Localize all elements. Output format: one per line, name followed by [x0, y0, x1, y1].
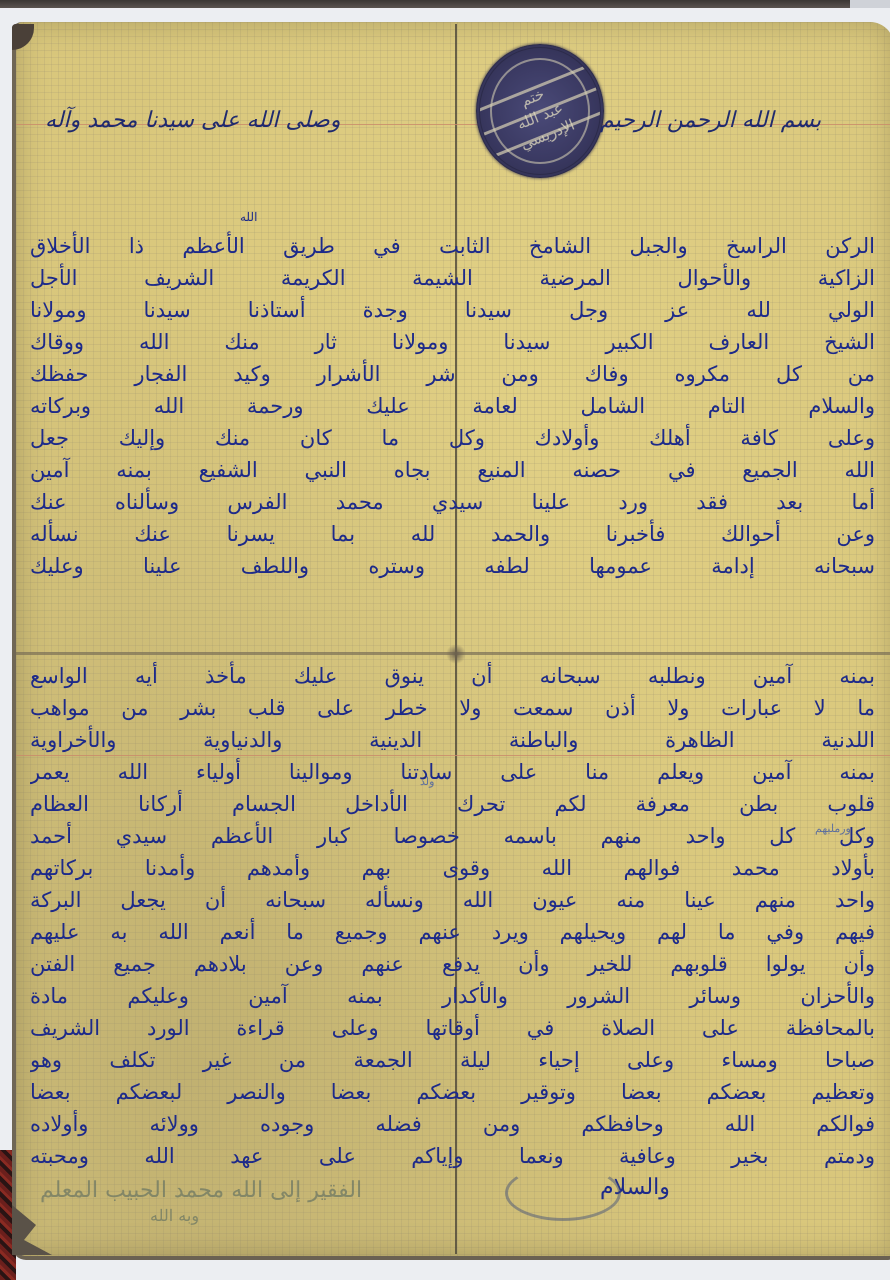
body-line: وتعظيم بعضكم بعضا وتوقير بعضكم بعضا والن…: [30, 1076, 875, 1108]
body-line: وكل كل واحد منهم باسمه خصوصا كبار الأعظم…: [30, 820, 875, 852]
body-line: الله الجميع في حصنه المنيع بجاه النبي ال…: [30, 454, 875, 486]
signature-flourish: [505, 1165, 621, 1221]
margin-note: ورمليهم: [815, 822, 851, 835]
body-line: وعن أحوالك فأخبرنا والحمد لله بما يسرنا …: [30, 518, 875, 550]
body-line: فيهم وفي ما لهم ويحيلهم ويرد عنهم وجميع …: [30, 916, 875, 948]
photo-background-top-right: [850, 0, 890, 8]
body-line: والأحزان وسائر الشرور والأكدار بمنه آمين…: [30, 980, 875, 1012]
margin-note: ولد: [420, 775, 434, 788]
body-line: واحد منهم عينا منه عيون الله ونسأله سبحا…: [30, 884, 875, 916]
pencil-signature: الفقير إلى الله محمد الحبيب المعلم: [40, 1178, 362, 1203]
seal-stamp: ختم عبد الله الإدريسي: [476, 44, 604, 178]
pencil-signature-line2: وبه الله: [150, 1206, 199, 1225]
body-line: ودمتم بخير وعافية ونعما وإياكم على عهد ا…: [30, 1140, 875, 1172]
body-line: بالمحافظة على الصلاة في أوقاتها وعلى قرا…: [30, 1012, 875, 1044]
body-line: الولي لله عز وجل سيدنا وجدة أستاذنا سيدن…: [30, 294, 875, 326]
body-line: من كل مكروه وفاك ومن شر الأشرار وكيد الف…: [30, 358, 875, 390]
body-line: بأولاد محمد فوالهم الله وقوى بهم وأمدهم …: [30, 852, 875, 884]
body-line: سبحانه إدامة عمومها لطفه وستره واللطف عل…: [30, 550, 875, 582]
body-line: الزاكية والأحوال المرضية الشيمة الكريمة …: [30, 262, 875, 294]
body-line: وعلى كافة أهلك وأولادك وكل ما كان منك وإ…: [30, 422, 875, 454]
letter-body-lower: بمنه آمين ونطلبه سبحانه أن ينوق عليك مأخ…: [30, 660, 875, 1172]
body-line: أما بعد فقد ورد علينا سيدي محمد الفرس وس…: [30, 486, 875, 518]
salutation-heading: وصلى الله على سيدنا محمد وآله: [45, 108, 340, 133]
letter-body-upper: الركن الراسخ والجبل الشامخ الثابت في طري…: [30, 230, 875, 582]
body-line: بمنه آمين ويعلم منا على سادتنا وموالينا …: [30, 756, 875, 788]
body-line: فوالكم الله وحافظكم ومن فضله وجوده وولائ…: [30, 1108, 875, 1140]
body-line: اللدنية الظاهرة والباطنة الدينية والدنيا…: [30, 724, 875, 756]
body-line: الركن الراسخ والجبل الشامخ الثابت في طري…: [30, 230, 875, 262]
body-line: قلوب بطن معرفة لكم تحرك الأداخل الجسام أ…: [30, 788, 875, 820]
body-line: بمنه آمين ونطلبه سبحانه أن ينوق عليك مأخ…: [30, 660, 875, 692]
body-line: وأن يولوا قلوبهم للخير وأن يدفع عنهم وعن…: [30, 948, 875, 980]
body-line: الشيخ العارف الكبير سيدنا ومولانا ثار من…: [30, 326, 875, 358]
body-line: ما لا عبارات ولا أذن سمعت ولا خطر على قل…: [30, 692, 875, 724]
body-line: صباحا ومساء وعلى إحياء ليلة الجمعة من غي…: [30, 1044, 875, 1076]
interlinear-word: الله: [240, 210, 257, 224]
photo-background-top: [0, 0, 850, 8]
body-line: والسلام التام الشامل لعامة عليك ورحمة ال…: [30, 390, 875, 422]
basmala-heading: بسم الله الرحمن الرحيم: [600, 108, 821, 133]
